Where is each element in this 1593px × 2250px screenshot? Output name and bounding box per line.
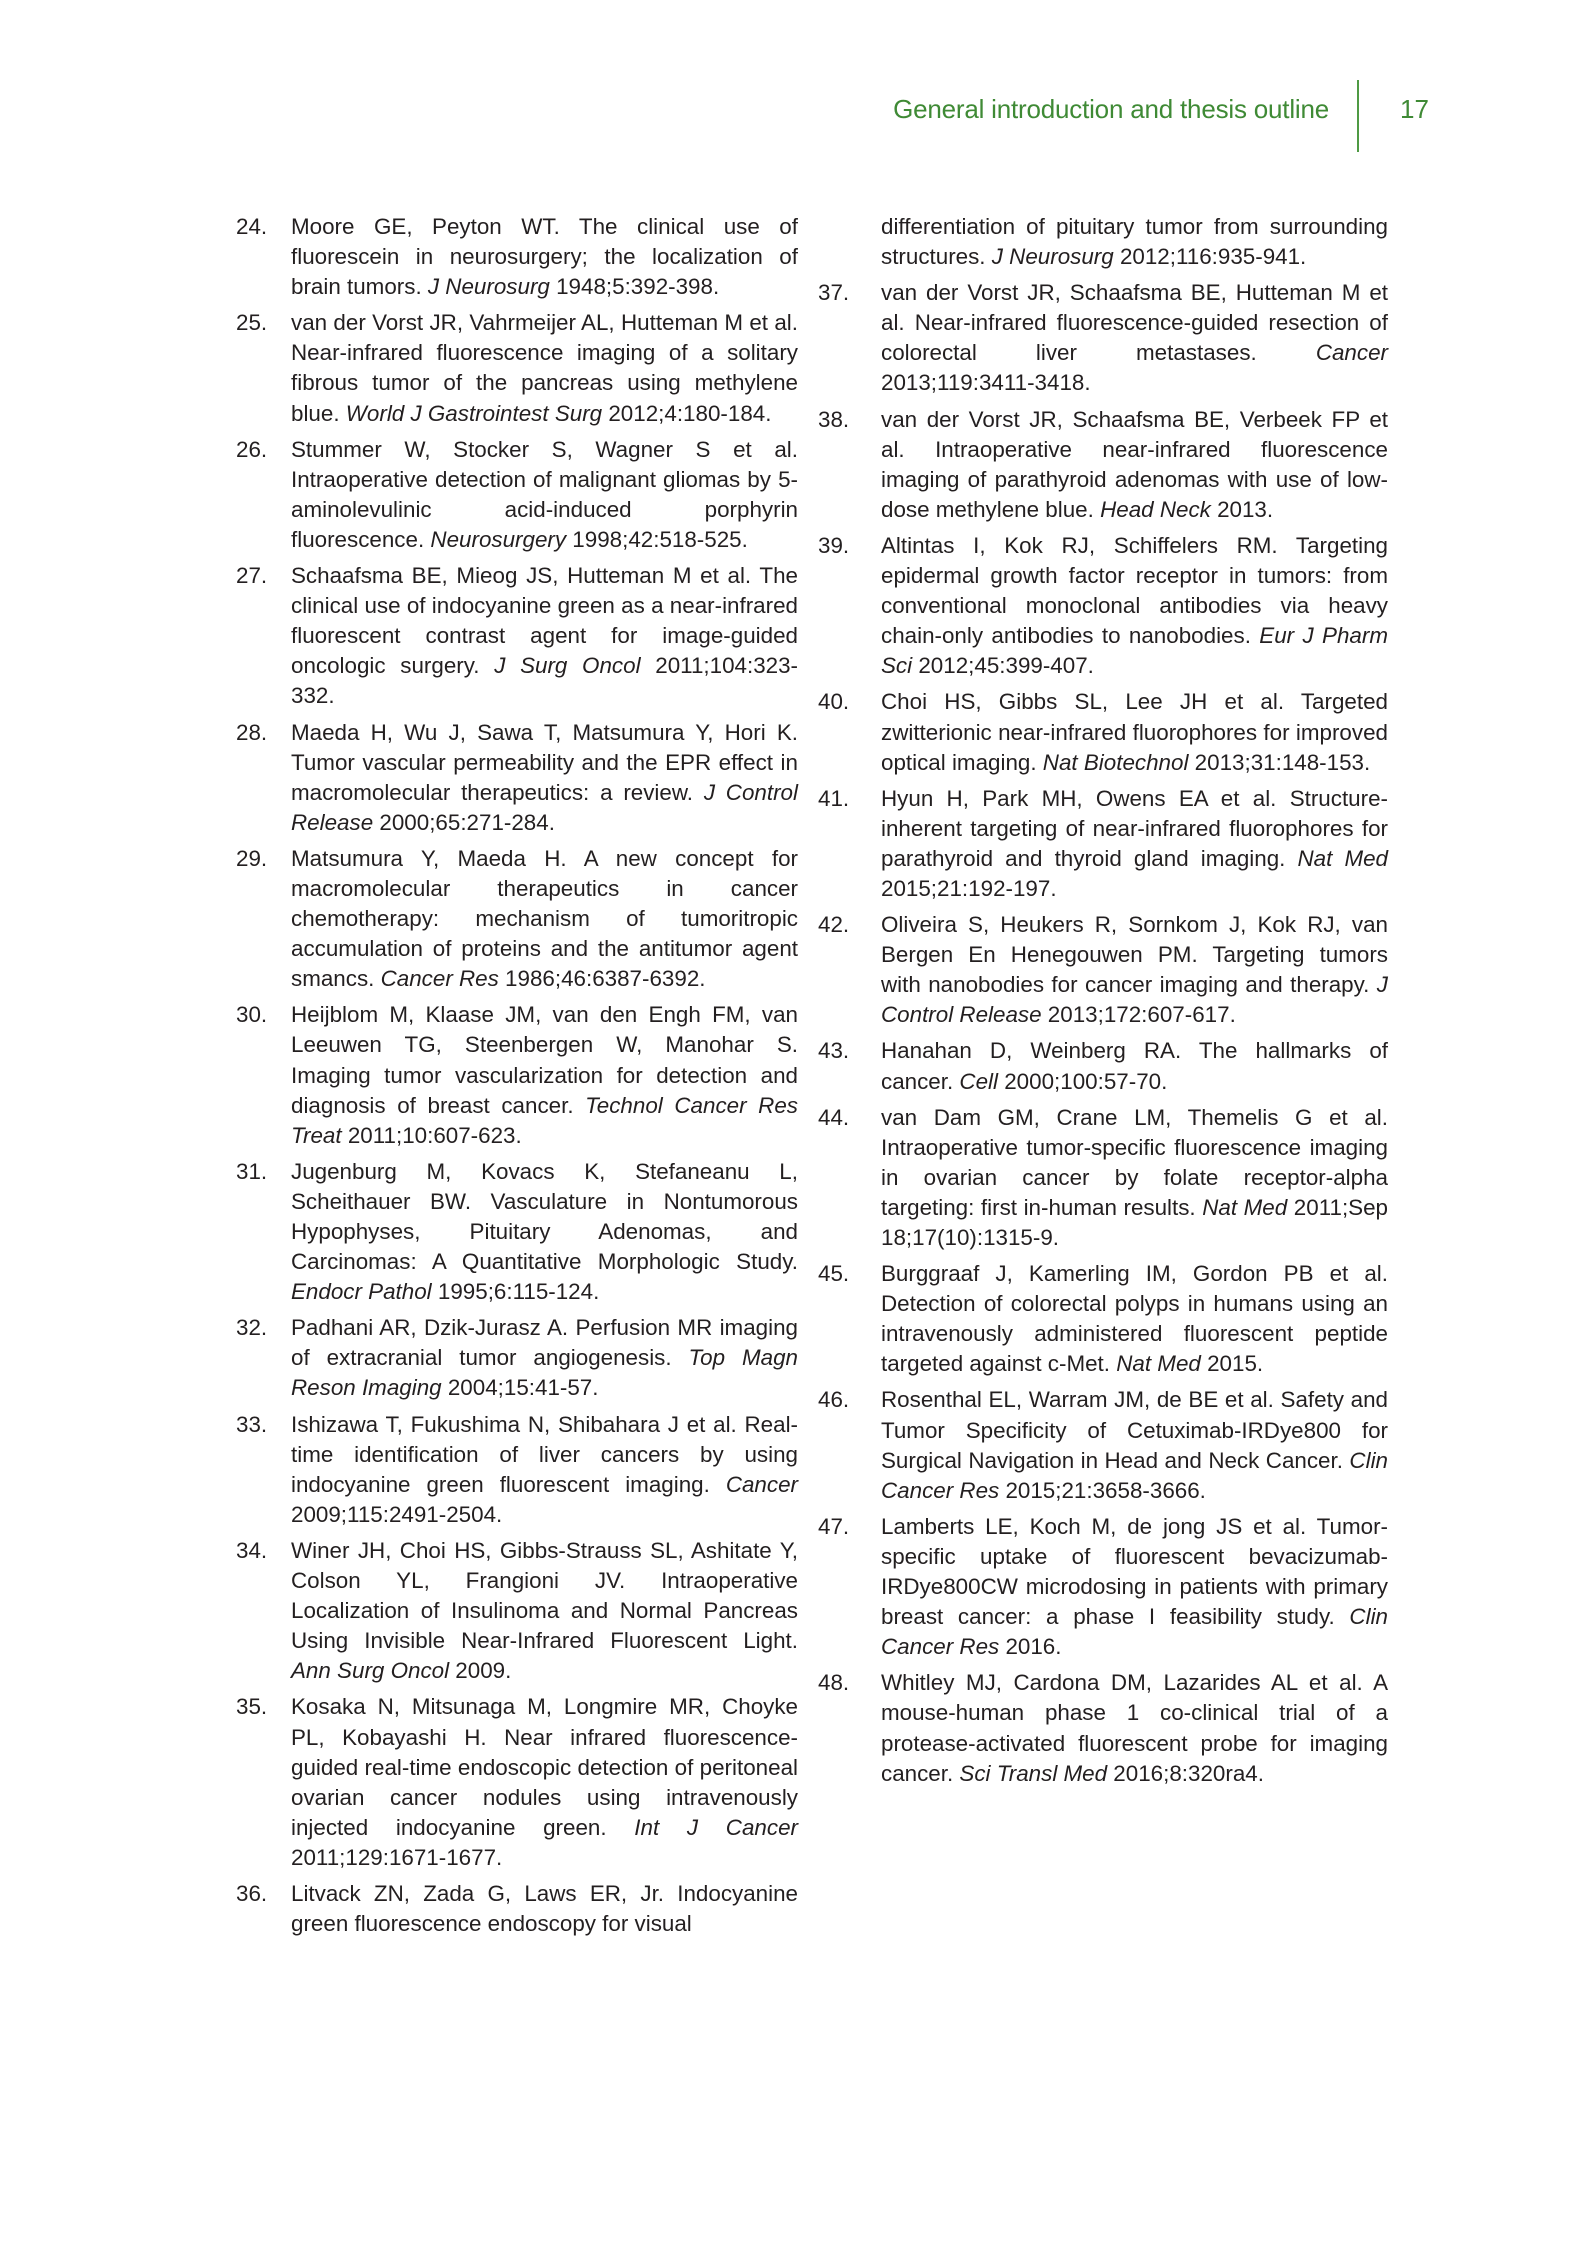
- journal-name: Nat Biotechnol: [1043, 750, 1189, 775]
- reference-item: 38.van der Vorst JR, Schaafsma BE, Verbe…: [818, 405, 1388, 525]
- reference-citation: 2015.: [1201, 1351, 1263, 1376]
- reference-number: 24.: [236, 212, 267, 242]
- reference-number: 35.: [236, 1692, 267, 1722]
- reference-citation: 2000;100:57-70.: [998, 1069, 1167, 1094]
- reference-item: 44.van Dam GM, Crane LM, Themelis G et a…: [818, 1103, 1388, 1253]
- reference-item: 41.Hyun H, Park MH, Owens EA et al. Stru…: [818, 784, 1388, 904]
- reference-citation: 2004;15:41-57.: [442, 1375, 599, 1400]
- reference-item: 36.Litvack ZN, Zada G, Laws ER, Jr. Indo…: [228, 1879, 798, 1939]
- reference-item: 45.Burggraaf J, Kamerling IM, Gordon PB …: [818, 1259, 1388, 1379]
- reference-item: 46.Rosenthal EL, Warram JM, de BE et al.…: [818, 1385, 1388, 1505]
- header-divider: [1357, 80, 1359, 152]
- reference-item: 30.Heijblom M, Klaase JM, van den Engh F…: [228, 1000, 798, 1150]
- journal-name: J Surg Oncol: [494, 653, 640, 678]
- journal-name: Cancer: [1316, 340, 1388, 365]
- reference-citation: 2016;8:320ra4.: [1107, 1761, 1264, 1786]
- reference-text: van der Vorst JR, Schaafsma BE, Hutteman…: [881, 280, 1388, 365]
- journal-name: Head Neck: [1100, 497, 1211, 522]
- journal-name: Endocr Pathol: [291, 1279, 432, 1304]
- journal-name: J Neurosurg: [992, 244, 1114, 269]
- reference-citation: 2009.: [449, 1658, 511, 1683]
- reference-citation: 2009;115:2491-2504.: [291, 1502, 502, 1527]
- journal-name: Nat Med: [1116, 1351, 1201, 1376]
- reference-citation: 2011;129:1671-1677.: [291, 1845, 502, 1870]
- reference-item: 43.Hanahan D, Weinberg RA. The hallmarks…: [818, 1036, 1388, 1096]
- reference-citation: 2015;21:192-197.: [881, 876, 1057, 901]
- journal-name: Nat Med: [1298, 846, 1389, 871]
- references-left-column: 24.Moore GE, Peyton WT. The clinical use…: [228, 212, 798, 1945]
- reference-text: Jugenburg M, Kovacs K, Stefaneanu L, Sch…: [291, 1159, 798, 1274]
- reference-number: 34.: [236, 1536, 267, 1566]
- reference-number: 42.: [818, 910, 849, 940]
- reference-item: 28.Maeda H, Wu J, Sawa T, Matsumura Y, H…: [228, 718, 798, 838]
- reference-number: 25.: [236, 308, 267, 338]
- page-number: 17: [1400, 94, 1429, 125]
- reference-text: Lamberts LE, Koch M, de jong JS et al. T…: [881, 1514, 1388, 1629]
- reference-citation: 1995;6:115-124.: [432, 1279, 600, 1304]
- reference-citation: 2012;45:399-407.: [912, 653, 1094, 678]
- reference-citation: 2012;4:180-184.: [602, 401, 771, 426]
- journal-name: Sci Transl Med: [959, 1761, 1107, 1786]
- reference-item: 35.Kosaka N, Mitsunaga M, Longmire MR, C…: [228, 1692, 798, 1873]
- reference-number: 26.: [236, 435, 267, 465]
- reference-number: 29.: [236, 844, 267, 874]
- journal-name: Cancer Res: [381, 966, 499, 991]
- reference-number: 44.: [818, 1103, 849, 1133]
- reference-citation: 1948;5:392-398.: [550, 274, 719, 299]
- reference-item: 27.Schaafsma BE, Mieog JS, Hutteman M et…: [228, 561, 798, 711]
- reference-number: 31.: [236, 1157, 267, 1187]
- reference-item: 34.Winer JH, Choi HS, Gibbs-Strauss SL, …: [228, 1536, 798, 1686]
- reference-number: 36.: [236, 1879, 267, 1909]
- reference-number: 32.: [236, 1313, 267, 1343]
- reference-number: 45.: [818, 1259, 849, 1289]
- reference-citation: 2013;31:148-153.: [1188, 750, 1370, 775]
- page-header: General introduction and thesis outline …: [0, 80, 1593, 160]
- journal-name: Cancer: [726, 1472, 798, 1497]
- reference-number: 48.: [818, 1668, 849, 1698]
- references-right-column: differentiation of pituitary tumor from …: [818, 212, 1388, 1795]
- reference-number: 37.: [818, 278, 849, 308]
- reference-item: 42.Oliveira S, Heukers R, Sornkom J, Kok…: [818, 910, 1388, 1030]
- reference-item: 37.van der Vorst JR, Schaafsma BE, Hutte…: [818, 278, 1388, 398]
- reference-number: 41.: [818, 784, 849, 814]
- reference-citation: 1986;46:6387-6392.: [499, 966, 706, 991]
- journal-name: J Neurosurg: [428, 274, 550, 299]
- reference-item: 39.Altintas I, Kok RJ, Schiffelers RM. T…: [818, 531, 1388, 681]
- reference-item: 48.Whitley MJ, Cardona DM, Lazarides AL …: [818, 1668, 1388, 1788]
- reference-citation: 2013;119:3411-3418.: [881, 370, 1091, 395]
- reference-item: 47.Lamberts LE, Koch M, de jong JS et al…: [818, 1512, 1388, 1662]
- journal-name: Nat Med: [1202, 1195, 1287, 1220]
- reference-item: 33.Ishizawa T, Fukushima N, Shibahara J …: [228, 1410, 798, 1530]
- reference-number: 28.: [236, 718, 267, 748]
- reference-text: Litvack ZN, Zada G, Laws ER, Jr. Indocya…: [291, 1881, 798, 1936]
- journal-name: Neurosurgery: [430, 527, 566, 552]
- reference-citation: 2012;116:935-941.: [1114, 244, 1307, 269]
- reference-text: Oliveira S, Heukers R, Sornkom J, Kok RJ…: [881, 912, 1388, 997]
- reference-number: 40.: [818, 687, 849, 717]
- reference-text: Rosenthal EL, Warram JM, de BE et al. Sa…: [881, 1387, 1388, 1472]
- reference-item: 24.Moore GE, Peyton WT. The clinical use…: [228, 212, 798, 302]
- reference-citation: 2013.: [1211, 497, 1273, 522]
- journal-name: Int J Cancer: [634, 1815, 798, 1840]
- reference-item: 25.van der Vorst JR, Vahrmeijer AL, Hutt…: [228, 308, 798, 428]
- reference-item: 31.Jugenburg M, Kovacs K, Stefaneanu L, …: [228, 1157, 798, 1307]
- reference-number: 27.: [236, 561, 267, 591]
- reference-citation: 2015;21:3658-3666.: [999, 1478, 1206, 1503]
- reference-continuation: differentiation of pituitary tumor from …: [818, 212, 1388, 272]
- reference-citation: 2016.: [999, 1634, 1061, 1659]
- reference-citation: 2000;65:271-284.: [373, 810, 555, 835]
- reference-number: 43.: [818, 1036, 849, 1066]
- reference-text: Ishizawa T, Fukushima N, Shibahara J et …: [291, 1412, 798, 1497]
- reference-citation: 2011;10:607-623.: [342, 1123, 522, 1148]
- reference-citation: 2013;172:607-617.: [1042, 1002, 1236, 1027]
- journal-name: World J Gastrointest Surg: [346, 401, 602, 426]
- reference-item: 32.Padhani AR, Dzik-Jurasz A. Perfusion …: [228, 1313, 798, 1403]
- reference-text: Winer JH, Choi HS, Gibbs-Strauss SL, Ash…: [291, 1538, 798, 1653]
- reference-number: 30.: [236, 1000, 267, 1030]
- journal-name: Cell: [959, 1069, 998, 1094]
- reference-item: 26.Stummer W, Stocker S, Wagner S et al.…: [228, 435, 798, 555]
- reference-number: 39.: [818, 531, 849, 561]
- reference-number: 47.: [818, 1512, 849, 1542]
- reference-item: 40.Choi HS, Gibbs SL, Lee JH et al. Targ…: [818, 687, 1388, 777]
- running-title: General introduction and thesis outline: [893, 94, 1329, 125]
- journal-name: Ann Surg Oncol: [291, 1658, 449, 1683]
- reference-number: 46.: [818, 1385, 849, 1415]
- reference-number: 38.: [818, 405, 849, 435]
- reference-number: 33.: [236, 1410, 267, 1440]
- reference-item: 29.Matsumura Y, Maeda H. A new concept f…: [228, 844, 798, 994]
- reference-citation: 1998;42:518-525.: [566, 527, 748, 552]
